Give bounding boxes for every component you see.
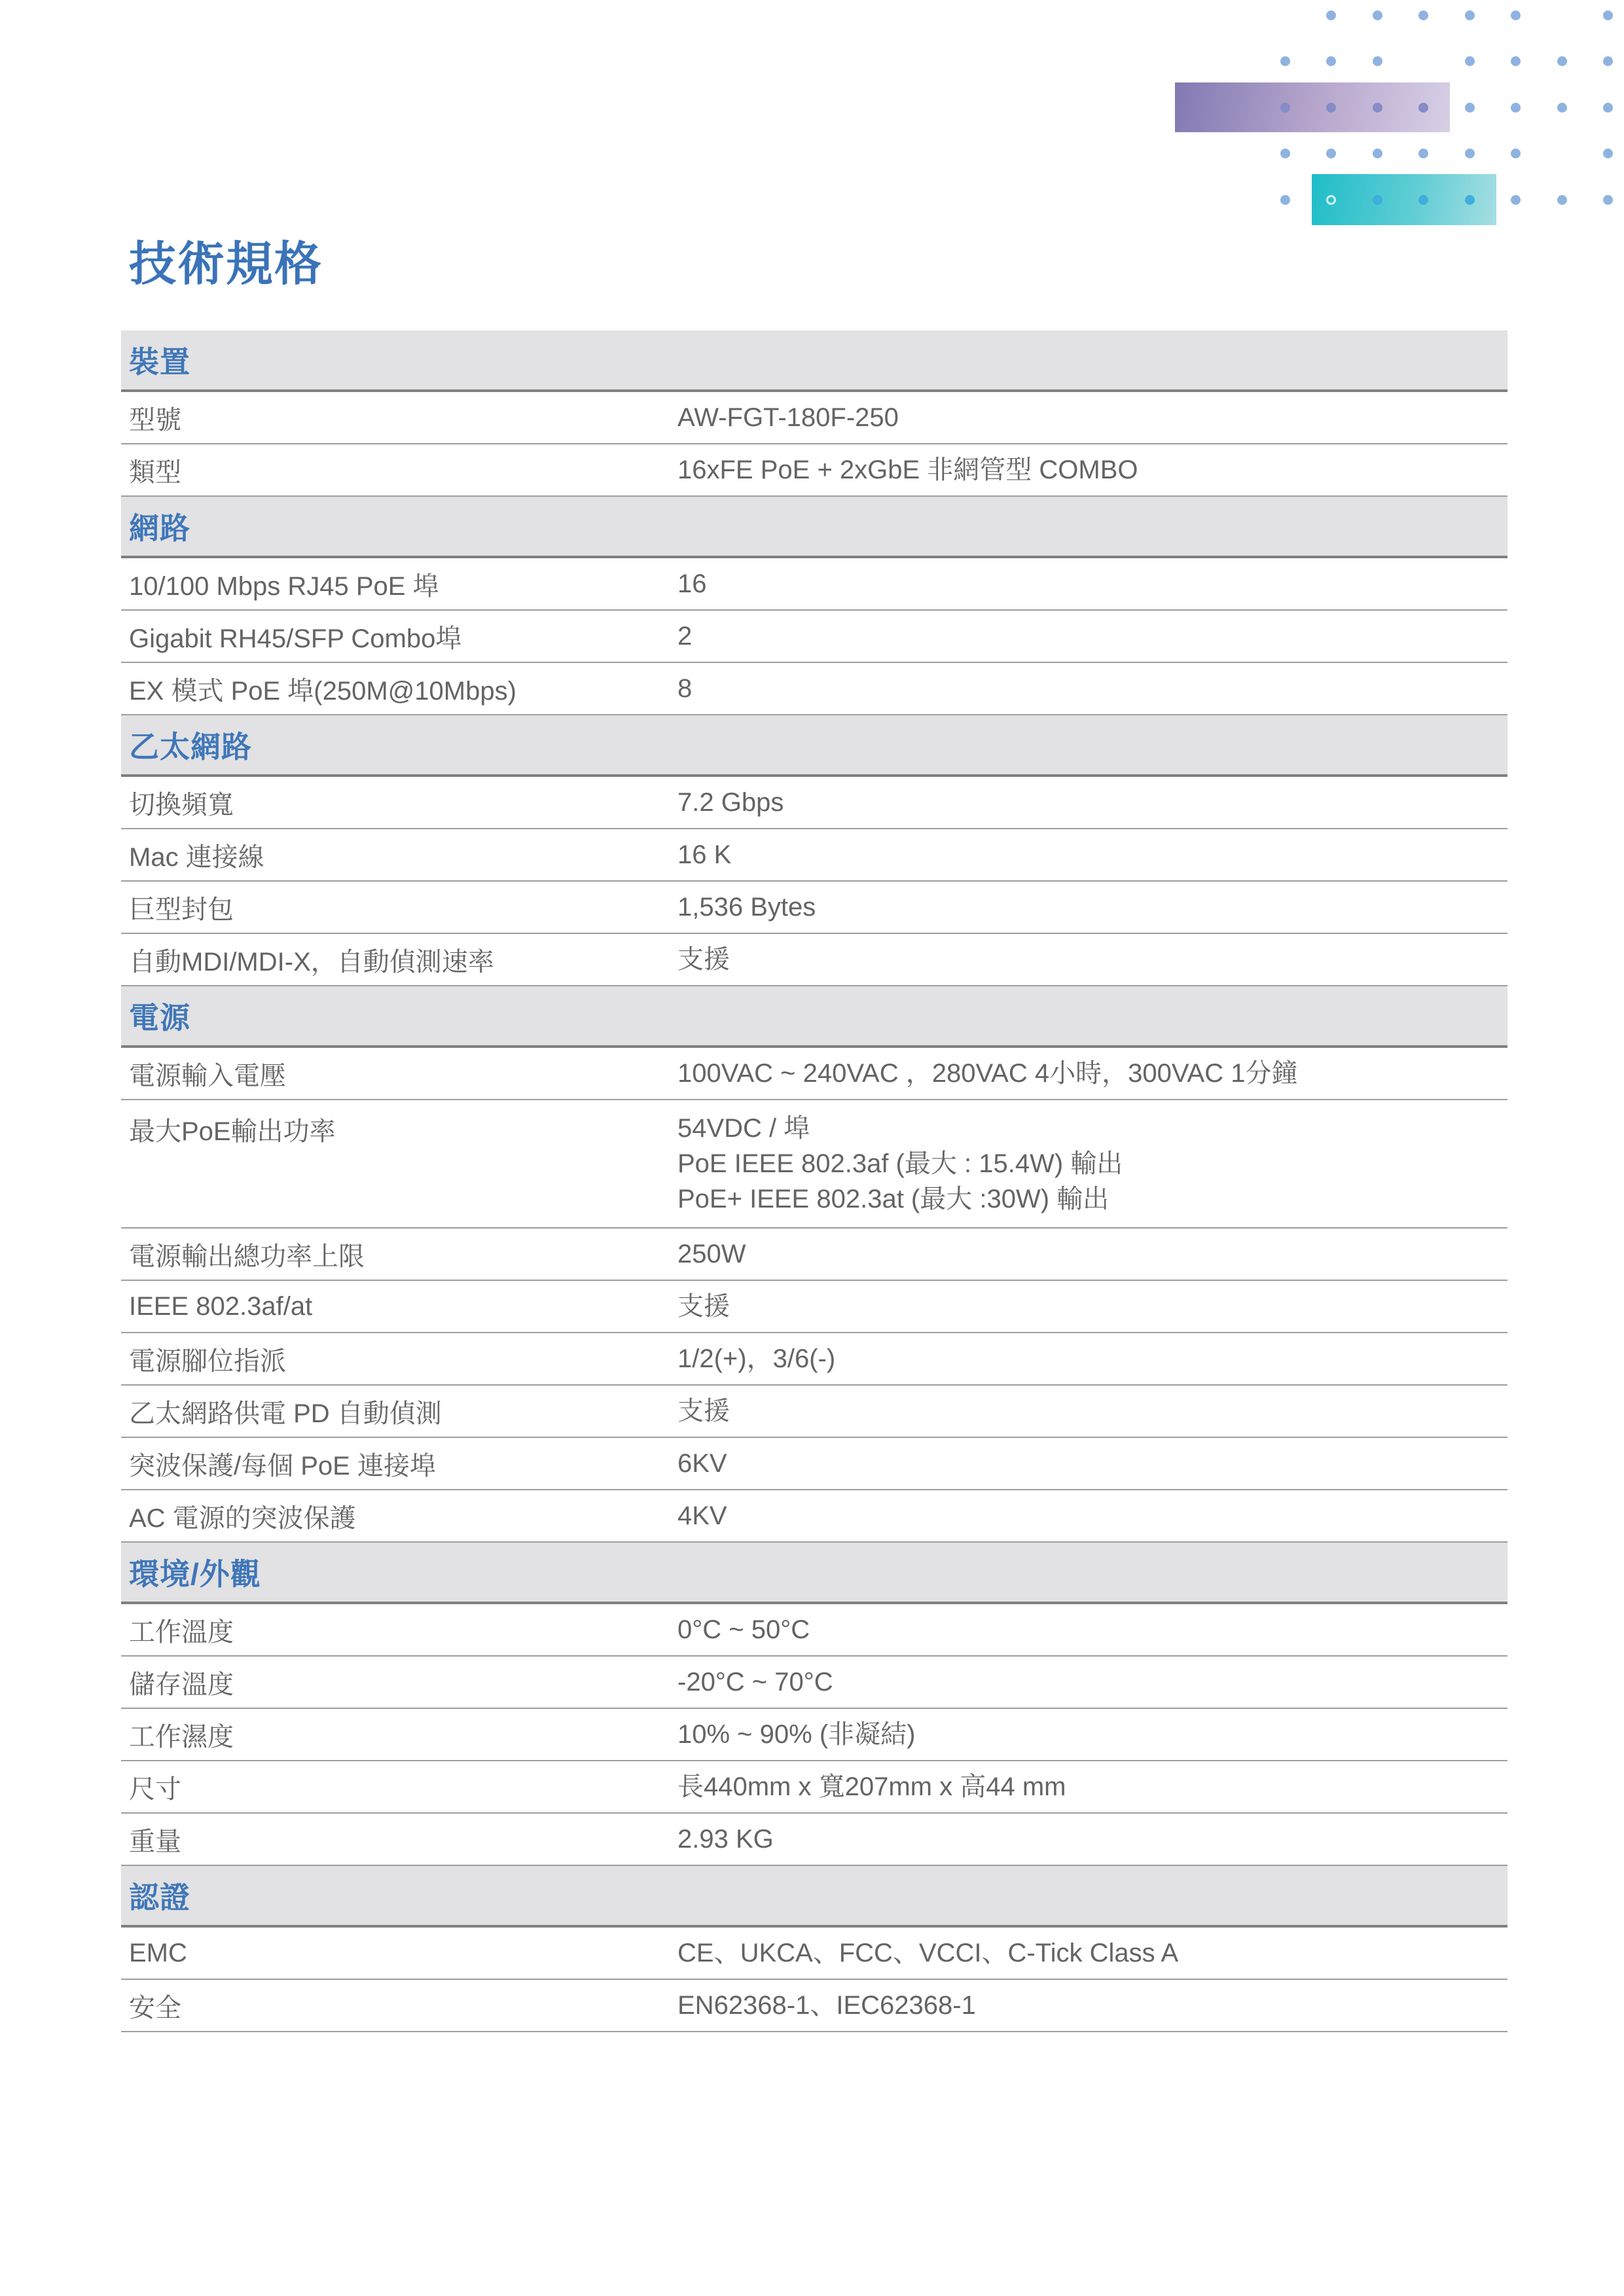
spec-value-line: 1,536 Bytes <box>677 889 1507 925</box>
spec-label: 工作溫度 <box>121 1611 677 1649</box>
spec-label: Gigabit RH45/SFP Combo埠 <box>121 618 677 655</box>
spec-row: 電源輸出總功率上限250W <box>121 1229 1507 1281</box>
decor-dot <box>1465 56 1475 66</box>
spec-value: 16 <box>677 566 1507 601</box>
spec-row: IEEE 802.3af/at支援 <box>121 1281 1507 1333</box>
decor-dot <box>1373 103 1382 113</box>
spec-row: Mac 連接線16 K <box>121 829 1507 882</box>
spec-label: 電源腳位指派 <box>121 1340 677 1378</box>
decor-dot <box>1511 56 1521 66</box>
decor-dot <box>1418 10 1428 20</box>
spec-label: 10/100 Mbps RJ45 PoE 埠 <box>121 565 677 603</box>
spec-row: 最大PoE輸出功率54VDC / 埠PoE IEEE 802.3af (最大 :… <box>121 1100 1507 1229</box>
decor-bar-purple <box>1175 82 1450 132</box>
spec-label: 類型 <box>121 452 677 489</box>
decor-dot <box>1280 103 1290 113</box>
spec-row: 突波保護/每個 PoE 連接埠6KV <box>121 1438 1507 1490</box>
spec-value-line: 支援 <box>677 1289 1507 1324</box>
spec-table: 裝置型號AW-FGT-180F-250類型16xFE PoE + 2xGbE 非… <box>121 331 1507 2032</box>
spec-value: AW-FGT-180F-250 <box>677 400 1507 435</box>
spec-row: 尺寸長440mm x 寬207mm x 高44 mm <box>121 1761 1507 1814</box>
spec-row: 電源腳位指派1/2(+)，3/6(-) <box>121 1333 1507 1386</box>
spec-label: 型號 <box>121 399 677 437</box>
spec-label: 突波保護/每個 PoE 連接埠 <box>121 1445 677 1482</box>
decor-dot <box>1511 195 1521 205</box>
spec-row: 儲存溫度-20°C ~ 70°C <box>121 1657 1507 1709</box>
spec-value: 長440mm x 寬207mm x 高44 mm <box>677 1769 1507 1804</box>
decor-dot <box>1511 10 1521 20</box>
decor-dot <box>1373 10 1382 20</box>
decor-dot <box>1557 56 1567 66</box>
spec-value: 2.93 KG <box>677 1821 1507 1857</box>
spec-value-line: AW-FGT-180F-250 <box>677 400 1507 435</box>
spec-value: -20°C ~ 70°C <box>677 1664 1507 1700</box>
section-header-0: 裝置 <box>121 331 1507 392</box>
spec-value: 支援 <box>677 1289 1507 1324</box>
spec-value: 0°C ~ 50°C <box>677 1612 1507 1647</box>
spec-value-line: 2.93 KG <box>677 1821 1507 1857</box>
spec-label: 重量 <box>121 1821 677 1858</box>
spec-label: 尺寸 <box>121 1768 677 1806</box>
spec-label: 乙太網路供電 PD 自動偵測 <box>121 1393 677 1430</box>
spec-row: 類型16xFE PoE + 2xGbE 非網管型 COMBO <box>121 444 1507 497</box>
decor-dot <box>1465 149 1475 158</box>
decor-dot <box>1373 195 1382 205</box>
spec-row: 重量2.93 KG <box>121 1814 1507 1866</box>
spec-value: 2 <box>677 619 1507 654</box>
spec-value-line: 4KV <box>677 1498 1507 1534</box>
spec-value: 8 <box>677 671 1507 706</box>
spec-value-line: 54VDC / 埠 <box>677 1111 1507 1146</box>
spec-value-line: 250W <box>677 1236 1507 1272</box>
spec-row: 工作溫度0°C ~ 50°C <box>121 1604 1507 1657</box>
spec-value-line: 16 <box>677 566 1507 601</box>
spec-value: 7.2 Gbps <box>677 785 1507 820</box>
spec-value: 54VDC / 埠PoE IEEE 802.3af (最大 : 15.4W) 輸… <box>677 1111 1507 1217</box>
decor-dot <box>1511 103 1521 113</box>
decor-dot <box>1603 195 1613 205</box>
decor-dot <box>1280 149 1290 158</box>
spec-row: EMCCE、UKCA、FCC、VCCI、C-Tick Class A <box>121 1928 1507 1980</box>
page: 技術規格 裝置型號AW-FGT-180F-250類型16xFE PoE + 2x… <box>0 0 1624 2296</box>
spec-value: 250W <box>677 1236 1507 1272</box>
decor-dot <box>1557 195 1567 205</box>
spec-value-line: EN62368-1、IEC62368-1 <box>677 1988 1507 2023</box>
decor-dot <box>1511 149 1521 158</box>
spec-row: 切換頻寬7.2 Gbps <box>121 777 1507 829</box>
spec-row: 型號AW-FGT-180F-250 <box>121 392 1507 444</box>
spec-label: 安全 <box>121 1987 677 2024</box>
spec-value: 4KV <box>677 1498 1507 1534</box>
spec-row: 安全EN62368-1、IEC62368-1 <box>121 1980 1507 2032</box>
page-title: 技術規格 <box>129 241 323 288</box>
spec-value: 支援 <box>677 942 1507 977</box>
decor-dot <box>1326 195 1336 205</box>
section-header-5: 認證 <box>121 1866 1507 1928</box>
spec-label: 切換頻寬 <box>121 784 677 821</box>
spec-row: 巨型封包1,536 Bytes <box>121 882 1507 934</box>
spec-value: CE、UKCA、FCC、VCCI、C-Tick Class A <box>677 1935 1507 1971</box>
spec-row: 乙太網路供電 PD 自動偵測支援 <box>121 1386 1507 1438</box>
spec-value: 6KV <box>677 1446 1507 1481</box>
spec-value: EN62368-1、IEC62368-1 <box>677 1988 1507 2023</box>
spec-label: 最大PoE輸出功率 <box>121 1111 677 1148</box>
spec-value-line: 1/2(+)，3/6(-) <box>677 1341 1507 1376</box>
spec-label: 電源輸入電壓 <box>121 1055 677 1092</box>
spec-row: 工作濕度10% ~ 90% (非凝結) <box>121 1709 1507 1761</box>
decor-dot <box>1326 149 1336 158</box>
spec-row: 10/100 Mbps RJ45 PoE 埠16 <box>121 558 1507 611</box>
spec-row: EX 模式 PoE 埠(250M@10Mbps)8 <box>121 663 1507 715</box>
decor-dot <box>1326 103 1336 113</box>
spec-value-line: 長440mm x 寬207mm x 高44 mm <box>677 1769 1507 1804</box>
spec-value-line: -20°C ~ 70°C <box>677 1664 1507 1700</box>
decor-dot <box>1465 10 1475 20</box>
spec-label: 巨型封包 <box>121 889 677 926</box>
spec-label: AC 電源的突波保護 <box>121 1498 677 1535</box>
spec-value: 16xFE PoE + 2xGbE 非網管型 COMBO <box>677 452 1507 488</box>
spec-row: AC 電源的突波保護4KV <box>121 1490 1507 1543</box>
spec-value: 1/2(+)，3/6(-) <box>677 1341 1507 1376</box>
decor-dot <box>1326 56 1336 66</box>
decor-dot <box>1373 149 1382 158</box>
decor-dot <box>1418 103 1428 113</box>
spec-value: 10% ~ 90% (非凝結) <box>677 1717 1507 1752</box>
spec-label: 自動MDI/MDI-X，自動偵測速率 <box>121 941 677 978</box>
spec-label: EMC <box>121 1939 677 1968</box>
spec-row: 電源輸入電壓100VAC ~ 240VAC ，280VAC 4小時，300VAC… <box>121 1048 1507 1100</box>
spec-value: 支援 <box>677 1393 1507 1429</box>
spec-value-line: 100VAC ~ 240VAC ，280VAC 4小時，300VAC 1分鐘 <box>677 1056 1507 1091</box>
spec-label: 儲存溫度 <box>121 1664 677 1701</box>
spec-value-line: 2 <box>677 619 1507 654</box>
decor-dot <box>1603 10 1613 20</box>
spec-label: EX 模式 PoE 埠(250M@10Mbps) <box>121 670 677 708</box>
spec-value: 1,536 Bytes <box>677 889 1507 925</box>
spec-label: 工作濕度 <box>121 1716 677 1753</box>
decor-dot <box>1557 103 1567 113</box>
decor-dot <box>1603 56 1613 66</box>
spec-value: 100VAC ~ 240VAC ，280VAC 4小時，300VAC 1分鐘 <box>677 1056 1507 1091</box>
spec-label: IEEE 802.3af/at <box>121 1292 677 1321</box>
decor-dot <box>1326 10 1336 20</box>
section-header-2: 乙太網路 <box>121 715 1507 777</box>
spec-value-line: 7.2 Gbps <box>677 785 1507 820</box>
decor-dot <box>1465 195 1475 205</box>
spec-value-line: 8 <box>677 671 1507 706</box>
spec-value-line: CE、UKCA、FCC、VCCI、C-Tick Class A <box>677 1935 1507 1971</box>
decor-dot <box>1418 149 1428 158</box>
spec-value-line: 支援 <box>677 942 1507 977</box>
spec-value-line: 16 K <box>677 837 1507 872</box>
decor-dot <box>1280 56 1290 66</box>
spec-value: 16 K <box>677 837 1507 872</box>
decor-dot <box>1465 103 1475 113</box>
decor-dot-pattern <box>1146 0 1624 249</box>
section-header-1: 網路 <box>121 497 1507 558</box>
spec-value-line: 支援 <box>677 1393 1507 1429</box>
section-header-4: 環境/外觀 <box>121 1543 1507 1604</box>
decor-dot <box>1280 195 1290 205</box>
spec-value-line: 10% ~ 90% (非凝結) <box>677 1717 1507 1752</box>
spec-row: 自動MDI/MDI-X，自動偵測速率支援 <box>121 934 1507 986</box>
decor-dot <box>1603 103 1613 113</box>
decor-dot <box>1373 56 1382 66</box>
decor-dot <box>1603 149 1613 158</box>
spec-value-line: PoE+ IEEE 802.3at (最大 :30W) 輸出 <box>677 1181 1507 1217</box>
spec-label: Mac 連接線 <box>121 836 677 874</box>
spec-value-line: PoE IEEE 802.3af (最大 : 15.4W) 輸出 <box>677 1146 1507 1181</box>
spec-label: 電源輸出總功率上限 <box>121 1236 677 1273</box>
spec-value-line: 16xFE PoE + 2xGbE 非網管型 COMBO <box>677 452 1507 488</box>
section-header-3: 電源 <box>121 986 1507 1048</box>
spec-row: Gigabit RH45/SFP Combo埠2 <box>121 611 1507 663</box>
spec-value-line: 0°C ~ 50°C <box>677 1612 1507 1647</box>
decor-dot <box>1418 195 1428 205</box>
spec-value-line: 6KV <box>677 1446 1507 1481</box>
